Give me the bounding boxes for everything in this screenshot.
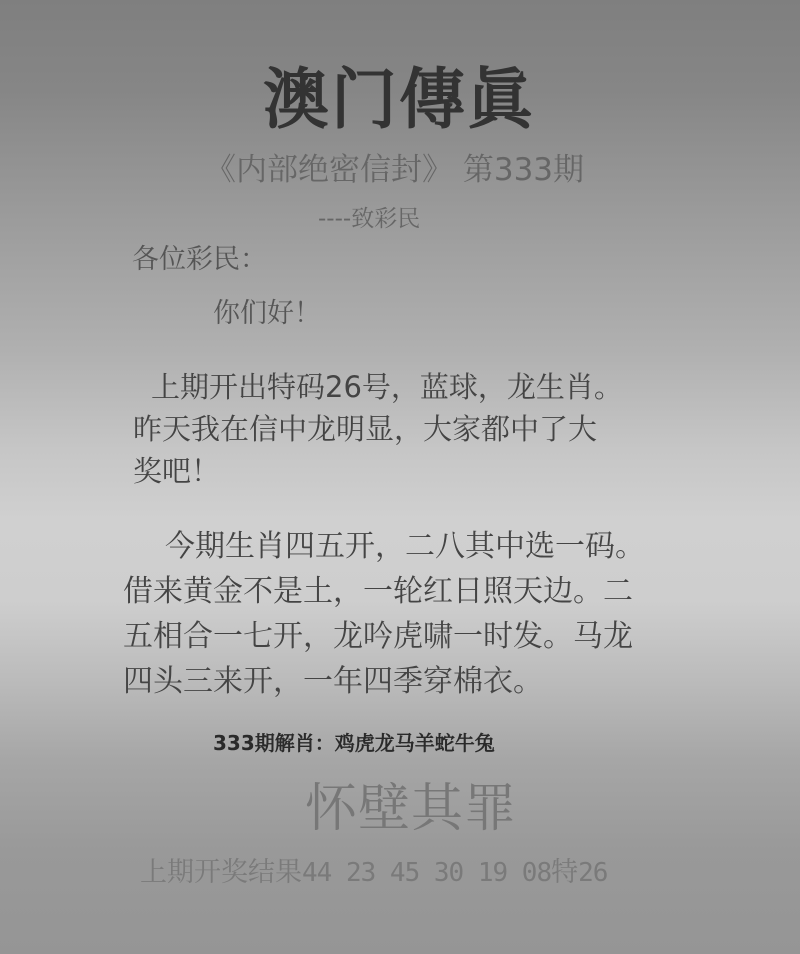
paragraph-line: 昨天我在信中龙明显，大家都中了大 <box>133 408 623 450</box>
zodiac-solution: 333期解肖：鸡虎龙马羊蛇牛兔 <box>213 728 495 758</box>
results-special-number: 26 <box>578 858 607 888</box>
paragraph-line: 五相合一七开，龙吟虎啸一时发。马龙 <box>123 614 645 659</box>
greeting: 你们好！ <box>213 296 321 332</box>
paragraph-last-result: 上期开出特码26号，蓝球，龙生肖。 昨天我在信中龙明显，大家都中了大 奖吧！ <box>133 366 623 492</box>
dedication-line: ----致彩民 <box>318 203 420 235</box>
salutation: 各位彩民： <box>132 242 267 278</box>
results-numbers: 44 23 45 30 19 08 <box>302 858 551 888</box>
paragraph-line: 上期开出特码26号，蓝球，龙生肖。 <box>133 366 623 408</box>
last-draw-results: 上期开奖结果44 23 45 30 19 08特26 <box>140 855 607 891</box>
paragraph-line: 四头三来开，一年四季穿棉衣。 <box>123 659 645 704</box>
results-label: 上期开奖结果 <box>140 857 302 888</box>
page-title: 澳门傳眞 <box>263 62 535 138</box>
results-special-label: 特 <box>551 857 578 888</box>
paragraph-line: 今期生肖四五开，二八其中选一码。 <box>123 524 645 569</box>
paragraph-line: 借来黄金不是土，一轮红日照天边。二 <box>123 569 645 614</box>
issue-subtitle: 《内部绝密信封》 第333期 <box>205 150 584 190</box>
paragraph-line: 奖吧！ <box>133 450 623 492</box>
paragraph-riddle-poem: 今期生肖四五开，二八其中选一码。 借来黄金不是土，一轮红日照天边。二 五相合一七… <box>123 524 645 704</box>
idiom-heading: 怀壁其罪 <box>305 778 517 840</box>
